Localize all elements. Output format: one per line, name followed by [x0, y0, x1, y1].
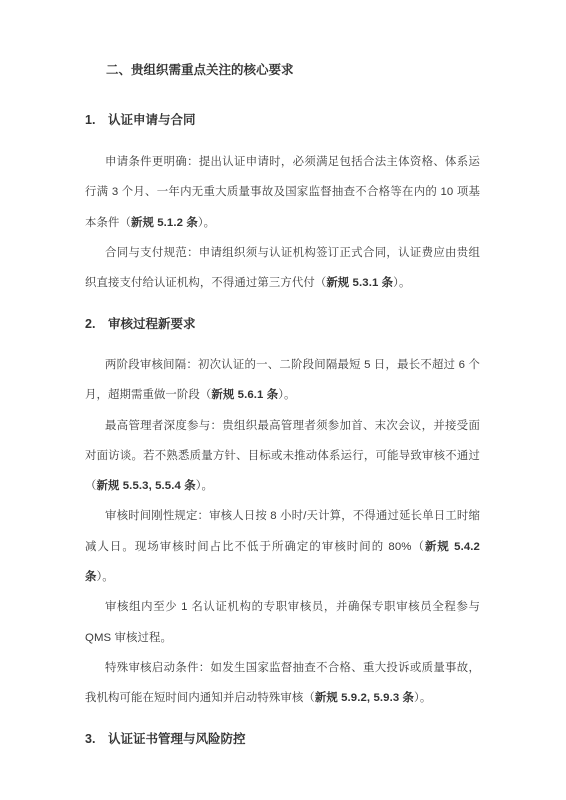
paragraph: 两阶段审核间隔：初次认证的一、二阶段间隔最短 5 日，最长不超过 6 个月，超期… — [85, 350, 480, 411]
text-segment: ）。 — [393, 277, 410, 289]
section-1-number: 1. — [85, 110, 108, 130]
section-3-heading-label: 认证证书管理与风险防控 — [108, 729, 246, 749]
paragraph: 特殊审核启动条件：如发生国家监督抽查不合格、重大投诉或质量事故，我机构可能在短时… — [85, 653, 480, 714]
text-segment: 合同与支付规范：申请组织须与认证机构签订正式合同，认证费应由贵组织直接支付给认证… — [85, 247, 480, 289]
paragraph: 审核组内至少 1 名认证机构的专职审核员，并确保专职审核员全程参与 QMS 审核… — [85, 592, 480, 653]
document-page: 二、贵组织需重点关注的核心要求 1. 认证申请与合同 申请条件更明确：提出认证申… — [0, 0, 566, 800]
regulation-ref: 新规 5.9.2, 5.9.3 条 — [315, 692, 414, 704]
section-1: 1. 认证申请与合同 申请条件更明确：提出认证申请时，必须满足包括合法主体资格、… — [85, 110, 480, 298]
section-2: 2. 审核过程新要求 两阶段审核间隔：初次认证的一、二阶段间隔最短 5 日，最长… — [85, 314, 480, 714]
text-segment: 审核时间刚性规定：审核人日按 8 小时/天计算，不得通过延长单日工时缩减人日。现… — [85, 510, 480, 552]
regulation-ref: 新规 5.3.1 条 — [326, 277, 393, 289]
text-segment: ）。 — [414, 692, 431, 704]
paragraph: 申请条件更明确：提出认证申请时，必须满足包括合法主体资格、体系运行满 3 个月、… — [85, 147, 480, 238]
regulation-ref: 新规 5.6.1 条 — [211, 389, 278, 401]
text-segment: 审核组内至少 1 名认证机构的专职审核员，并确保专职审核员全程参与 QMS 审核… — [85, 601, 480, 643]
regulation-ref: 新规 5.1.2 条 — [131, 217, 198, 229]
section-2-heading-label: 审核过程新要求 — [108, 314, 196, 334]
paragraph: 合同与支付规范：申请组织须与认证机构签订正式合同，认证费应由贵组织直接支付给认证… — [85, 238, 480, 299]
text-segment: ）。 — [278, 389, 295, 401]
document-title: 二、贵组织需重点关注的核心要求 — [106, 60, 480, 80]
section-2-heading: 2. 审核过程新要求 — [85, 314, 480, 334]
text-segment: ）。 — [196, 480, 213, 492]
section-1-heading: 1. 认证申请与合同 — [85, 110, 480, 130]
section-3-number: 3. — [85, 729, 108, 749]
text-segment: ）。 — [97, 571, 114, 583]
paragraph: 审核时间刚性规定：审核人日按 8 小时/天计算，不得通过延长单日工时缩减人日。现… — [85, 501, 480, 592]
regulation-ref: 新规 5.5.3, 5.5.4 条 — [97, 480, 196, 492]
section-2-number: 2. — [85, 314, 108, 334]
text-segment: ）。 — [198, 217, 215, 229]
section-1-heading-label: 认证申请与合同 — [108, 110, 196, 130]
paragraph: 最高管理者深度参与：贵组织最高管理者须参加首、末次会议，并接受面对面访谈。若不熟… — [85, 411, 480, 502]
section-3-heading: 3. 认证证书管理与风险防控 — [85, 729, 480, 749]
section-3: 3. 认证证书管理与风险防控 — [85, 729, 480, 749]
